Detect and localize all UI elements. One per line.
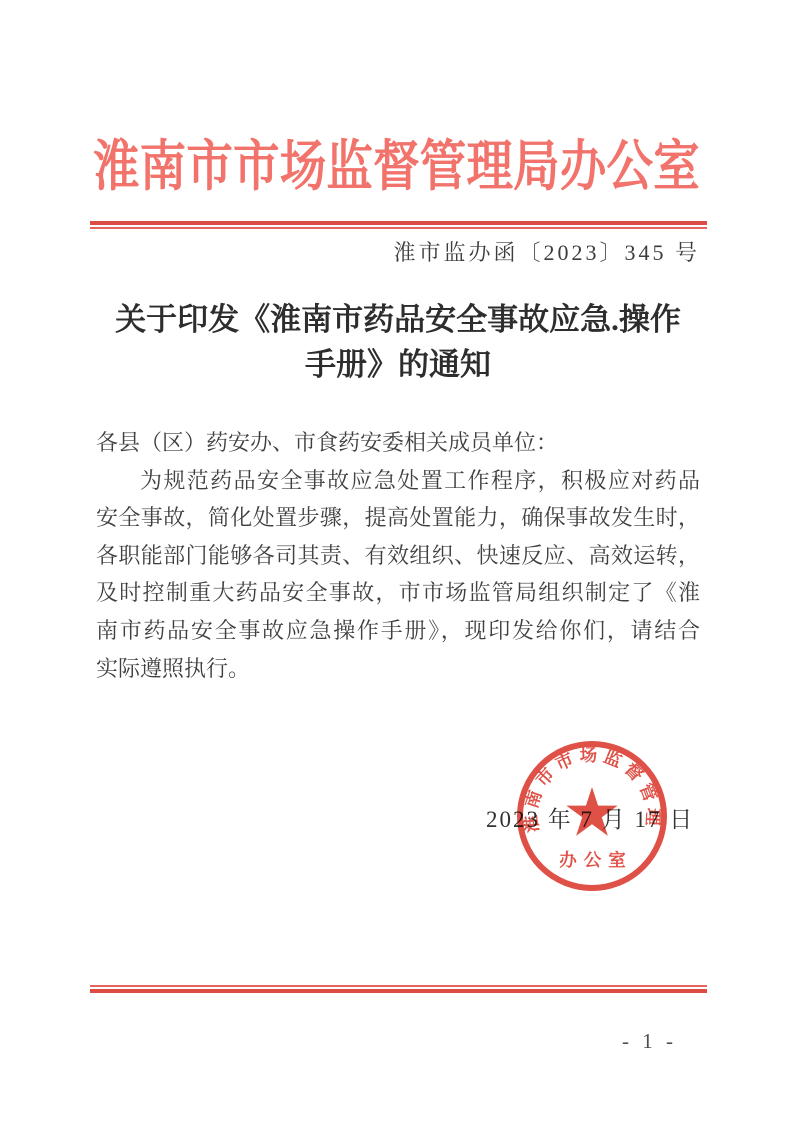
footer-red-separator bbox=[90, 985, 707, 993]
star-icon bbox=[566, 787, 617, 836]
document-page: 淮南市市场监督管理局办公室 淮市监办函〔2023〕345 号 关于印发《淮南市药… bbox=[0, 0, 793, 1123]
seal-bottom-text: 办公室 bbox=[559, 850, 633, 870]
paragraph-line: 南市药品安全事故应急操作手册》，现印发给你们，请结合 bbox=[96, 612, 700, 650]
separator-thick-line bbox=[90, 989, 707, 993]
separator-thin-line bbox=[90, 227, 707, 229]
document-title: 关于印发《淮南市药品安全事故应急.操作 手册》的通知 bbox=[93, 297, 703, 387]
paragraph-line: 各职能部门能够各司其责、有效组织、快速反应、高效运转， bbox=[96, 537, 700, 575]
document-number: 淮市监办函〔2023〕345 号 bbox=[393, 236, 700, 267]
paragraph-line: 安全事故，简化处置步骤，提高处置能力，确保事故发生时， bbox=[96, 499, 700, 537]
paragraph-line: 为规范药品安全事故应急处置工作程序，积极应对药品 bbox=[96, 462, 700, 500]
page-number: - 1 - bbox=[622, 1029, 677, 1054]
document-header-title: 淮南市市场监督管理局办公室 bbox=[93, 136, 700, 198]
document-body: 各县（区）药安办、市食药安委相关成员单位： 为规范药品安全事故应急处置工作程序，… bbox=[96, 424, 700, 687]
paragraph-line: 实际遵照执行。 bbox=[96, 650, 700, 688]
header-red-separator bbox=[90, 221, 707, 229]
document-title-line1: 关于印发《淮南市药品安全事故应急.操作 bbox=[93, 297, 703, 342]
document-title-line2: 手册》的通知 bbox=[93, 342, 703, 387]
official-seal-stamp-icon: 淮南市市场监督管理局 办公室 bbox=[511, 737, 673, 899]
paragraph-line: 及时控制重大药品安全事故，市市场监管局组织制定了《淮 bbox=[96, 574, 700, 612]
salutation: 各县（区）药安办、市食药安委相关成员单位： bbox=[96, 424, 700, 462]
